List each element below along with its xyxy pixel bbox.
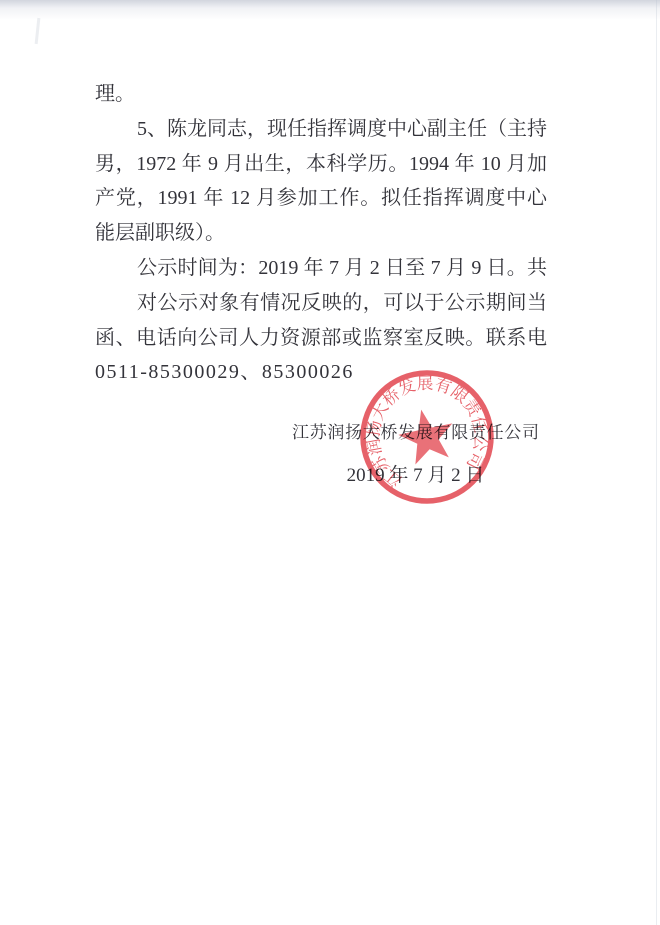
scan-artifact-smudge bbox=[35, 18, 41, 44]
document-body: 理。 5、陈龙同志，现任指挥调度中心副主任（主持工作）。 男，1972 年 9 … bbox=[95, 77, 547, 390]
doc-line: 5、陈龙同志，现任指挥调度中心副主任（主持工作）。 bbox=[95, 112, 547, 147]
signature-date: 2019 年 7 月 2 日 bbox=[292, 460, 539, 487]
scan-artifact-right-edge bbox=[656, 0, 657, 925]
doc-line: 产党，1991 年 12 月参加工作。拟任指挥调度中心主任（职 bbox=[95, 181, 547, 216]
doc-line: 男，1972 年 9 月出生，本科学历。1994 年 10 月加入中国共 bbox=[95, 147, 547, 182]
doc-line-phone-numbers: 0511-85300029、85300026 bbox=[95, 355, 547, 390]
doc-line: 对公示对象有情况反映的，可以于公示期间当面或用信 bbox=[95, 286, 547, 321]
scanned-document-page: 理。 5、陈龙同志，现任指挥调度中心副主任（主持工作）。 男，1972 年 9 … bbox=[0, 0, 660, 925]
signature-block: 江苏润扬大桥发展有限责任公司 2019 年 7 月 2 日 bbox=[292, 421, 539, 487]
doc-line: 能层副职级）。 bbox=[95, 216, 547, 251]
doc-line: 函、电话向公司人力资源部或监察室反映。联系电话： bbox=[95, 321, 547, 356]
doc-line-notice-period: 公示时间为：2019 年 7 月 2 日至 7 月 9 日。共 7 天。 bbox=[95, 251, 547, 286]
signature-company-name: 江苏润扬大桥发展有限责任公司 bbox=[292, 421, 539, 445]
doc-line: 理。 bbox=[95, 77, 547, 112]
scan-artifact-top-band bbox=[0, 0, 660, 20]
